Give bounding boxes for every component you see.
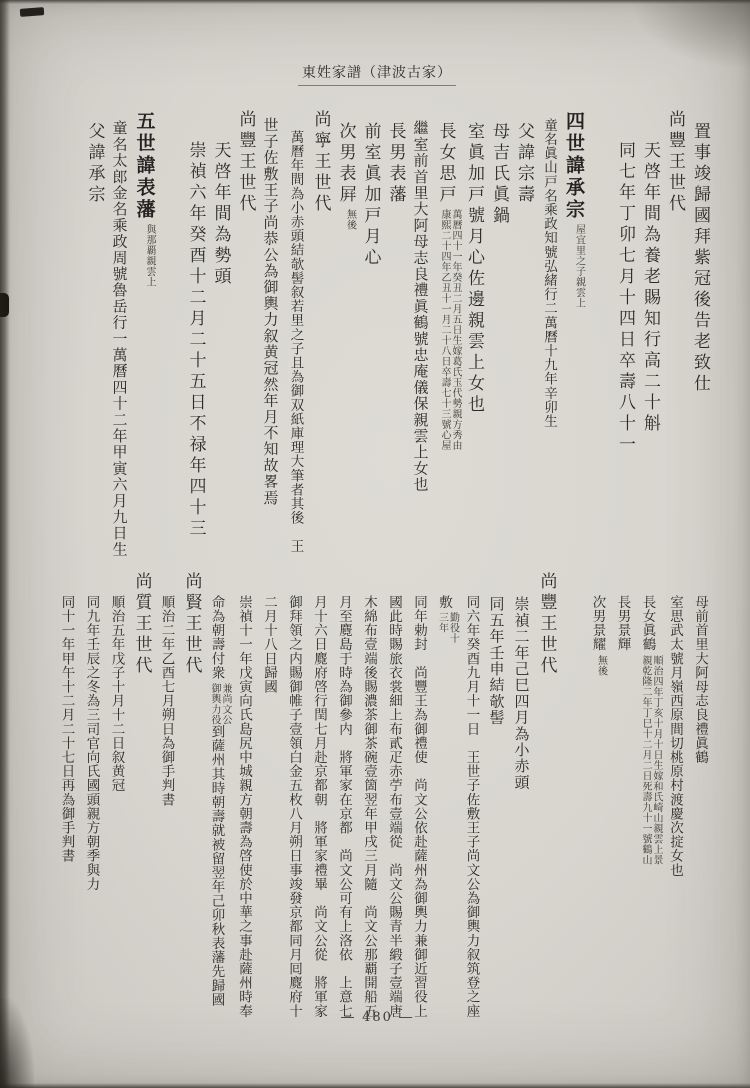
text-column: 月至麑島于時為御參内 將軍家在京都 尚文公可有上洛依 上意七 <box>331 560 356 1040</box>
column-text: 同七年丁卯七月十四日卒壽八十一 <box>615 141 635 456</box>
column-text: 順治五年戊子十月十二日叙黄冠 <box>109 595 125 792</box>
column-text: 二月十八日歸國 <box>261 595 277 694</box>
text-column: 長女眞鶴順治四年丁亥十月十日生嫁和氏崎山親雲上景親乾隆二年丁巳十二月二日死壽九十… <box>635 560 663 1040</box>
text-column: 尚豐王世代 <box>662 100 687 565</box>
column-text: 尚質王世代 <box>132 572 152 677</box>
column-text: 同年勅封 尚豐王為御禮使 尚文公依赴薩州為御輿力兼御近習役上 <box>411 595 427 1018</box>
column-text: 室思武太號月嶺西原間切桃原村渡慶次掟女也 <box>667 595 683 877</box>
column-text: 母吉氏眞鍋 <box>489 122 509 227</box>
text-column: 同六年癸酉九月十一日 王世子佐敷王子尚文公為御輿力叙筑登之座 <box>459 560 484 1040</box>
column-text: 順治二年乙酉七月朔日為御手判書 <box>159 595 175 807</box>
text-column: 木綿布壹端後賜濃茶御茶碗壹箇翌年甲戌三月隨 尚文公那覇開船五 <box>356 560 381 1040</box>
page-title: 東姓家譜（津波古家） <box>298 62 456 86</box>
text-column: 置事竣歸國拜紫冠後告老致仕 <box>687 100 712 565</box>
text-column: 母吉氏眞鍋 <box>486 100 511 565</box>
text-column: 崇禎六年癸酉十二月二十五日不禄年四十三 <box>183 100 208 565</box>
inline-note-line: 親乾隆二年丁巳十二月二日死壽九十一號鶴山 <box>640 655 651 865</box>
column-text: 崇禎十一年戊寅向氏島尻中城親方朝壽為啓使於中華之事赴薩州時奉 <box>236 595 252 1018</box>
column-text: 同十一年甲午十二月二十七日再為御手判書 <box>59 595 75 863</box>
inline-note-line: 無後 <box>345 209 356 230</box>
inline-note: 無後 <box>596 655 607 676</box>
column-text: 崇禎六年癸酉十二月二十五日不禄年四十三 <box>186 141 206 540</box>
inline-note: 屋宜里之子親雲上 <box>574 224 585 308</box>
column-text: 尚豐王世代 <box>537 572 557 677</box>
column-text: 世子佐敷王子尚恭公為御輿力叙黄冠然年月不知故畧焉 <box>262 117 280 506</box>
column-text: 長男表藩 <box>386 122 406 206</box>
text-column: 室思武太號月嶺西原間切桃原村渡慶次掟女也 <box>662 560 687 1040</box>
inline-note: 萬曆四十一年癸丑二月五日生嫁葛氏玉代勢親方秀由康熙二十四年乙丑十一月二十八日卒壽… <box>439 209 461 451</box>
text-column: 長男表藩 <box>383 100 408 565</box>
column-text: 崇禎二年己巳四月為小赤頭 <box>513 596 531 790</box>
scan-artifact-top-right-corner <box>630 0 750 70</box>
inline-note: 無後 <box>345 209 356 230</box>
column-text: 御拜領之内賜御帷子壹領白金五枚八月朔日事竣發京都同月囘麑府十 <box>286 595 302 1018</box>
column-text: 天啓年間為勢頭 <box>211 141 231 288</box>
inline-note-line: 御輿力役 <box>209 683 220 725</box>
text-column: 尚賢王世代 <box>179 560 204 1040</box>
text-column: 同七年丁卯七月十四日卒壽八十一 <box>612 100 637 565</box>
column-text: 到薩州其時朝壽就被留翌年己卯秋表藩先歸國 <box>209 725 225 1007</box>
column-text: 童名眞山戸名乘政知號弘緒行二萬曆十九年辛卯生 <box>541 118 557 428</box>
text-column: 尚豐王世代 <box>233 100 258 565</box>
text-column: 同五年壬申結欹髻 <box>484 560 509 1040</box>
text-column: 尚豐王世代 <box>534 560 559 1040</box>
column-text: 童名太郎金名乘政周號魯岳行一萬曆四十二年甲寅六月九日生 <box>111 120 129 557</box>
column-text: 命為朝壽付衆 <box>209 595 225 680</box>
column-text: 長女思戸 <box>436 122 456 206</box>
column-text: 同九年壬辰之冬為三司官向氏國頭親方朝季與力 <box>84 595 100 891</box>
column-text: 月十六日麑府啓行閏七月赴京都朝 將軍家禮畢 尚文公從 將軍家 <box>311 595 327 1018</box>
text-column: 御拜領之内賜御帷子壹領白金五枚八月朔日事竣發京都同月囘麑府十 <box>281 560 306 1040</box>
scan-artifact-ink-mark <box>20 7 44 17</box>
text-column: 同九年壬辰之冬為三司官向氏國頭親方朝季與力 <box>79 560 104 1040</box>
column-text: 繼室前首里大阿母志良禮眞鶴號忠庵儀保親雲上女也 <box>412 120 430 493</box>
text-column: 父諱承宗 <box>82 100 107 565</box>
column-text: 五世諱表藩 <box>134 111 156 221</box>
column-text: 木綿布壹端後賜濃茶御茶碗壹箇翌年甲戌三月隨 尚文公那覇開船五 <box>361 595 377 1018</box>
column-text: 同五年壬申結欹髻 <box>488 596 506 726</box>
inline-note-line: 無後 <box>596 655 607 676</box>
column-text: 萬曆年間為小赤頭結欹髻叙若里之子且為御双紙庫理大筆者其後 王 <box>288 130 304 553</box>
text-column: 崇禎十一年戊寅向氏島尻中城親方朝壽為啓使於中華之事赴薩州時奉 <box>231 560 256 1040</box>
text-column: 順治五年戊子十月十二日叙黄冠 <box>104 560 129 1040</box>
text-column: 尚質王世代 <box>129 560 154 1040</box>
text-column: 國此時賜旅衣裳細上布貳疋赤苧布壹端從 尚文公賜青半緞子壹端唐 <box>381 560 406 1040</box>
inline-note-line: 兼尚文公 <box>220 683 231 725</box>
text-column: 敷勤役十三年 <box>431 560 459 1040</box>
scan-artifact-bottom-left-corner <box>0 998 34 1088</box>
column-text: 父諱宗壽 <box>514 122 534 206</box>
text-column: 崇禎二年己巳四月為小赤頭 <box>509 560 534 1040</box>
text-column: 同十一年甲午十二月二十七日再為御手判書 <box>54 560 79 1040</box>
inline-note-line: 三年 <box>437 612 448 644</box>
text-column: 次男表屛無後 <box>333 100 358 565</box>
inline-note-line: 康熙二十四年乙丑十一月二十八日卒壽七十三號心屋 <box>439 209 450 451</box>
column-text: 同六年癸酉九月十一日 王世子佐敷王子尚文公為御輿力叙筑登之座 <box>464 595 480 1018</box>
column-text: 月至麑島于時為御參内 將軍家在京都 尚文公可有上洛依 上意七 <box>336 595 352 1018</box>
column-text: 國此時賜旅衣裳細上布貳疋赤苧布壹端從 尚文公賜青半緞子壹端唐 <box>386 595 402 1018</box>
text-column: 母前首里大阿母志良禮眞鶴 <box>687 560 712 1040</box>
column-text: 尚豐王世代 <box>665 110 685 215</box>
column-text: 敷 <box>436 595 452 609</box>
column-text: 前室眞加戸月心 <box>361 122 381 269</box>
genealogy-text-block-lower: 母前首里大阿母志良禮眞鶴室思武太號月嶺西原間切桃原村渡慶次掟女也長女眞鶴順治四年… <box>54 560 713 1040</box>
inline-note: 順治四年丁亥十月十日生嫁和氏崎山親雲上景親乾隆二年丁巳十二月二日死壽九十一號鶴山 <box>640 655 662 865</box>
column-text: 尚豐王世代 <box>236 110 256 215</box>
text-column: 天啓年間為勢頭 <box>208 100 233 565</box>
scan-artifact-bottom-edge <box>0 1083 750 1088</box>
text-column: 尚寧王世代 <box>308 100 333 565</box>
column-text: 父諱承宗 <box>85 122 105 206</box>
text-column: 父諱宗壽 <box>511 100 536 565</box>
inline-note: 勤役十三年 <box>437 612 459 644</box>
column-text: 母前首里大阿母志良禮眞鶴 <box>692 595 708 764</box>
column-text: 次男景耀 <box>590 595 606 651</box>
inline-note: 兼尚文公御輿力役 <box>209 683 231 725</box>
text-column: 萬曆年間為小赤頭結欹髻叙若里之子且為御双紙庫理大筆者其後 王 <box>283 100 308 565</box>
scan-artifact-left-edge <box>0 0 10 1088</box>
text-column: 次男景耀無後 <box>585 560 610 1040</box>
text-column: 月十六日麑府啓行閏七月赴京都朝 將軍家禮畢 尚文公從 將軍家 <box>306 560 331 1040</box>
column-text: 室眞加戸號月心佐邊親雲上女也 <box>464 122 484 416</box>
text-column: 世子佐敷王子尚恭公為御輿力叙黄冠然年月不知故畧焉 <box>258 100 283 565</box>
text-column: 二月十八日歸國 <box>256 560 281 1040</box>
column-text: 天啓年間為養老賜知行高二十斛 <box>640 141 660 435</box>
inline-note-line: 屋宜里之子親雲上 <box>574 224 585 308</box>
inline-note-line: 萬曆四十一年癸丑二月五日生嫁葛氏玉代勢親方秀由 <box>450 209 461 451</box>
column-text: 長男景輝 <box>615 595 631 651</box>
text-column: 童名眞山戸名乘政知號弘緒行二萬曆十九年辛卯生 <box>536 100 561 565</box>
generation-heading-column: 五世諱表藩與那覇親雲上 <box>132 100 157 565</box>
column-text: 長女眞鶴 <box>640 595 656 651</box>
text-column: 天啓年間為養老賜知行高二十斛 <box>637 100 662 565</box>
text-column: 繼室前首里大阿母志良禮眞鶴號忠庵儀保親雲上女也 <box>408 100 433 565</box>
scan-artifact-ink-speck <box>0 293 9 317</box>
column-text: 次男表屛 <box>336 122 356 206</box>
inline-note: 與那覇親雲上 <box>144 224 155 287</box>
page-number: ― 480 ― <box>341 1010 414 1025</box>
column-text: 四世諱承宗 <box>563 111 585 221</box>
column-text: 尚寧王世代 <box>311 110 331 215</box>
column-text: 尚賢王世代 <box>182 572 202 677</box>
inline-note-line: 勤役十 <box>448 612 459 644</box>
text-column: 命為朝壽付衆兼尚文公御輿力役到薩州其時朝壽就被留翌年己卯秋表藩先歸國 <box>204 560 232 1040</box>
text-column: 童名太郎金名乘政周號魯岳行一萬曆四十二年甲寅六月九日生 <box>107 100 132 565</box>
scanned-page: 東姓家譜（津波古家） 置事竣歸國拜紫冠後告老致仕尚豐王世代天啓年間為養老賜知行高… <box>0 0 750 1088</box>
text-column: 同年勅封 尚豐王為御禮使 尚文公依赴薩州為御輿力兼御近習役上 <box>406 560 431 1040</box>
text-column: 順治二年乙酉七月朔日為御手判書 <box>154 560 179 1040</box>
text-column: 前室眞加戸月心 <box>358 100 383 565</box>
inline-note-line: 與那覇親雲上 <box>144 224 155 287</box>
text-column: 長女思戸萬曆四十一年癸丑二月五日生嫁葛氏玉代勢親方秀由康熙二十四年乙丑十一月二十… <box>433 100 462 565</box>
text-column: 室眞加戸號月心佐邊親雲上女也 <box>461 100 486 565</box>
inline-note-line: 順治四年丁亥十月十日生嫁和氏崎山親雲上景 <box>651 655 662 865</box>
text-column: 長男景輝 <box>610 560 635 1040</box>
generation-heading-column: 四世諱承宗屋宜里之子親雲上 <box>561 100 586 565</box>
genealogy-text-block-upper: 置事竣歸國拜紫冠後告老致仕尚豐王世代天啓年間為養老賜知行高二十斛同七年丁卯七月十… <box>82 100 713 565</box>
column-text: 置事竣歸國拜紫冠後告老致仕 <box>690 122 710 395</box>
